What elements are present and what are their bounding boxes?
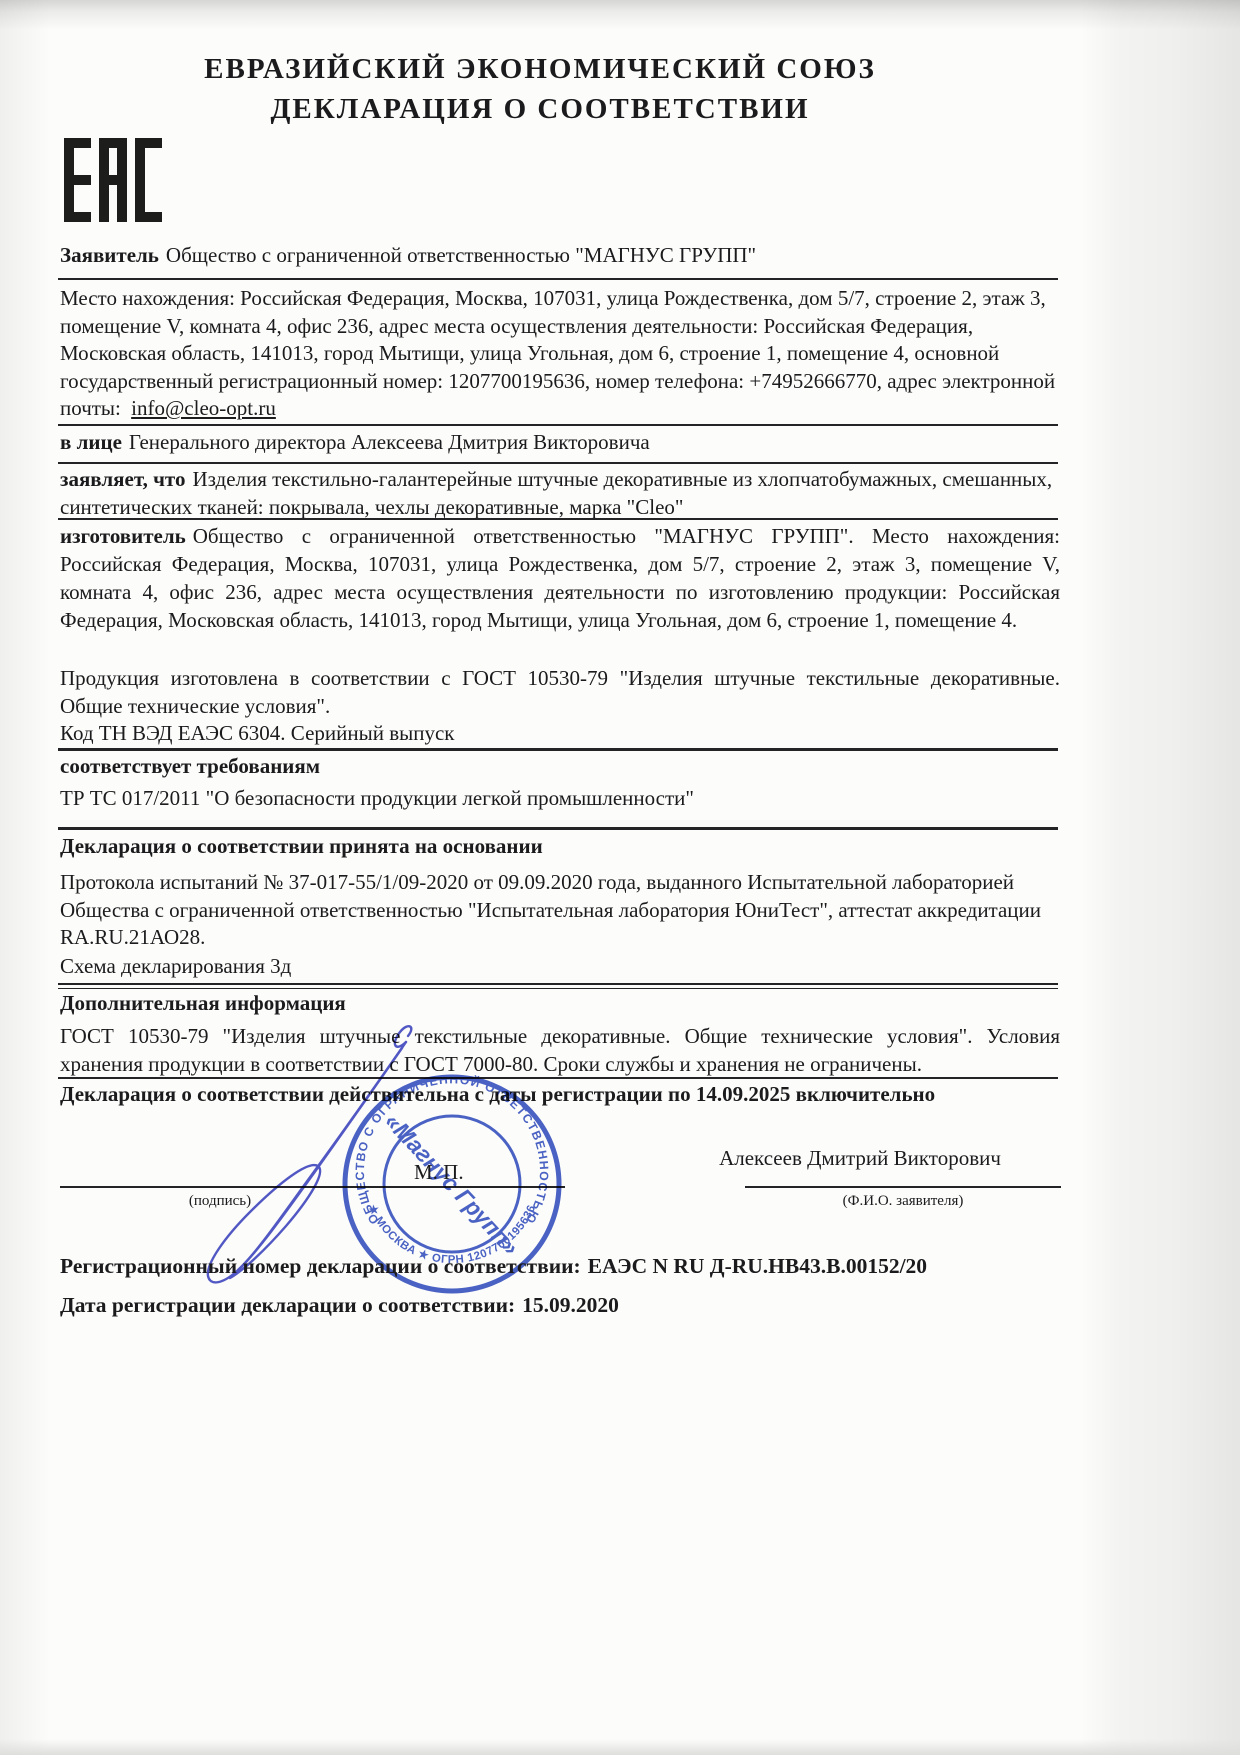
- applicant-label: Заявитель: [60, 243, 159, 267]
- union-title: ЕВРАЗИЙСКИЙ ЭКОНОМИЧЕСКИЙ СОЮЗ: [40, 52, 1040, 86]
- applicant-line: ЗаявительОбщество с ограниченной ответст…: [60, 242, 1060, 270]
- signature-parallel-stroke: [238, 1048, 402, 1270]
- declares-paragraph: заявляет, чтоИзделия текстильно-галантер…: [60, 466, 1060, 521]
- applicant-fio: Алексеев Дмитрий Викторович: [690, 1146, 1030, 1171]
- rule-1: [58, 278, 1058, 280]
- manufacturer-paragraph: изготовительОбщество с ограниченной отве…: [60, 522, 1060, 634]
- declares-value: Изделия текстильно-галантерейные штучные…: [60, 467, 1052, 519]
- registration-date-line: Дата регистрации декларации о соответств…: [60, 1292, 1060, 1320]
- registration-number-label: Регистрационный номер декларации о соотв…: [60, 1254, 581, 1278]
- registration-date-value: 15.09.2020: [522, 1293, 619, 1317]
- signature-top-curl: [395, 1026, 411, 1047]
- eac-letter-c: [135, 138, 145, 222]
- manufacturer-value: Общество с ограниченной ответственностью…: [60, 524, 1060, 632]
- location-paragraph: Место нахождения: Российская Федерация, …: [60, 285, 1060, 423]
- scan-artifact-right: [1080, 0, 1240, 1755]
- registration-date-label: Дата регистрации декларации о соответств…: [60, 1293, 515, 1317]
- applicant-email: info@cleo-opt.ru: [131, 396, 276, 420]
- rule-5: [58, 748, 1058, 751]
- rule-7: [58, 983, 1058, 989]
- declaration-document: ЕВРАЗИЙСКИЙ ЭКОНОМИЧЕСКИЙ СОЮЗ ДЕКЛАРАЦИ…: [0, 0, 1240, 1755]
- represented-by-label: в лице: [60, 430, 122, 454]
- registration-number-value: ЕАЭС N RU Д-RU.НВ43.В.00152/20: [588, 1254, 927, 1278]
- additional-heading: Дополнительная информация: [60, 990, 1060, 1018]
- represented-by-line: в лицеГенерального директора Алексеева Д…: [60, 429, 1060, 457]
- applicant-value: Общество с ограниченной ответственностью…: [166, 243, 756, 267]
- eac-logo: [64, 138, 162, 222]
- scan-artifact-left: [0, 0, 50, 1755]
- complies-heading: соответствует требованиям: [60, 753, 1060, 781]
- rule-6: [58, 827, 1058, 830]
- declares-label: заявляет, что: [60, 467, 185, 491]
- scan-artifact-bottom: [0, 1739, 1240, 1755]
- fio-line: [745, 1186, 1061, 1188]
- tnved-line: Код ТН ВЭД ЕАЭС 6304. Серийный выпуск: [60, 720, 1060, 748]
- scan-artifact-top: [0, 0, 1240, 30]
- registration-number-line: Регистрационный номер декларации о соотв…: [60, 1253, 1060, 1281]
- rule-4: [58, 518, 1058, 520]
- fio-caption: (Ф.И.О. заявителя): [745, 1192, 1061, 1210]
- rule-3: [58, 462, 1058, 464]
- represented-by-value: Генерального директора Алексеева Дмитрия…: [129, 430, 650, 454]
- stamp-place-label: М. П.: [414, 1160, 464, 1185]
- rule-2: [58, 424, 1058, 426]
- complies-value: ТР ТС 017/2011 "О безопасности продукции…: [60, 785, 1060, 813]
- manufacturer-label: изготовитель: [60, 524, 186, 548]
- production-note: Продукция изготовлена в соответствии с Г…: [60, 664, 1060, 720]
- document-title: ДЕКЛАРАЦИЯ О СООТВЕТСТВИИ: [40, 92, 1040, 126]
- basis-paragraph: Протокола испытаний № 37-017-55/1/09-202…: [60, 869, 1060, 952]
- basis-heading: Декларация о соответствии принята на осн…: [60, 833, 1060, 861]
- scheme-line: Схема декларирования 3д: [60, 953, 1060, 981]
- signature-main-stroke: [208, 1042, 406, 1282]
